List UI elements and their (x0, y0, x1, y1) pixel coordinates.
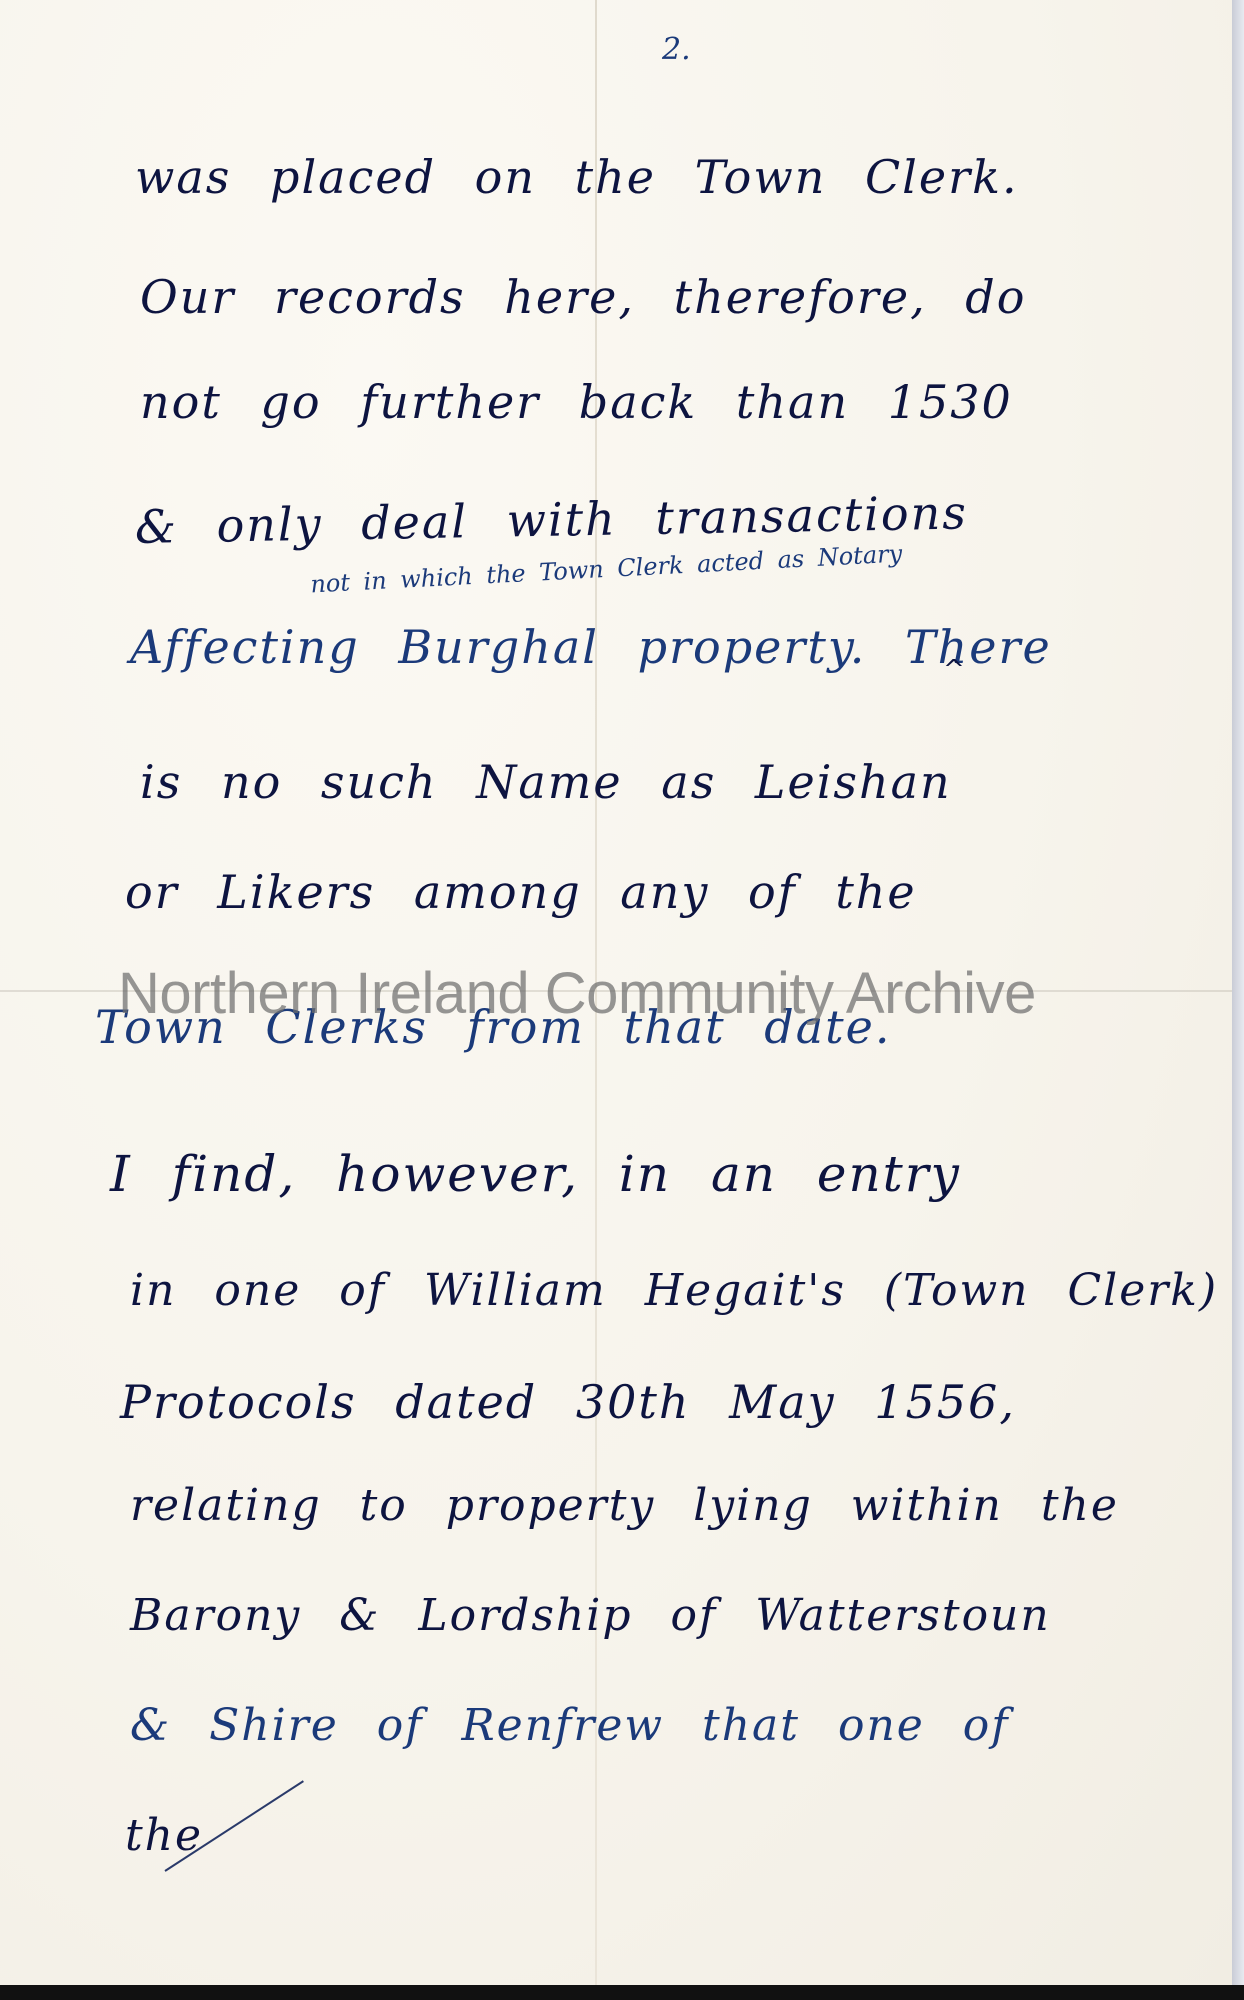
handwritten-line-7: or Likers among any of the (125, 865, 917, 919)
handwritten-line-5: Affecting Burghal property. There (130, 620, 1052, 674)
handwritten-line-10: in one of William Hegait's (Town Clerk) (130, 1265, 1218, 1316)
archive-watermark: Northern Ireland Community Archive (118, 960, 1036, 1027)
handwritten-line-1: was placed on the Town Clerk. (135, 150, 1019, 204)
handwritten-line-2: Our records here, therefore, do (140, 270, 1026, 324)
handwritten-line-11: Protocols dated 30th May 1556, (120, 1375, 1016, 1429)
scan-bottom-edge (0, 1985, 1244, 2000)
handwritten-line-9: I find, however, in an entry (110, 1145, 961, 1203)
handwritten-line-14: & Shire of Renfrew that one of (130, 1700, 1010, 1751)
scan-right-edge (1232, 0, 1244, 2000)
letter-page: 2. was placed on the Town Clerk. Our rec… (0, 0, 1232, 1985)
page-number: 2. (662, 32, 691, 67)
handwritten-line-3: not go further back than 1530 (140, 375, 1013, 429)
handwritten-line-13: Barony & Lordship of Watterstoun (130, 1590, 1051, 1641)
caret-mark: ^ (943, 655, 965, 685)
handwritten-line-6: is no such Name as Leishan (140, 755, 952, 809)
handwritten-line-12: relating to property lying within the (130, 1480, 1119, 1531)
